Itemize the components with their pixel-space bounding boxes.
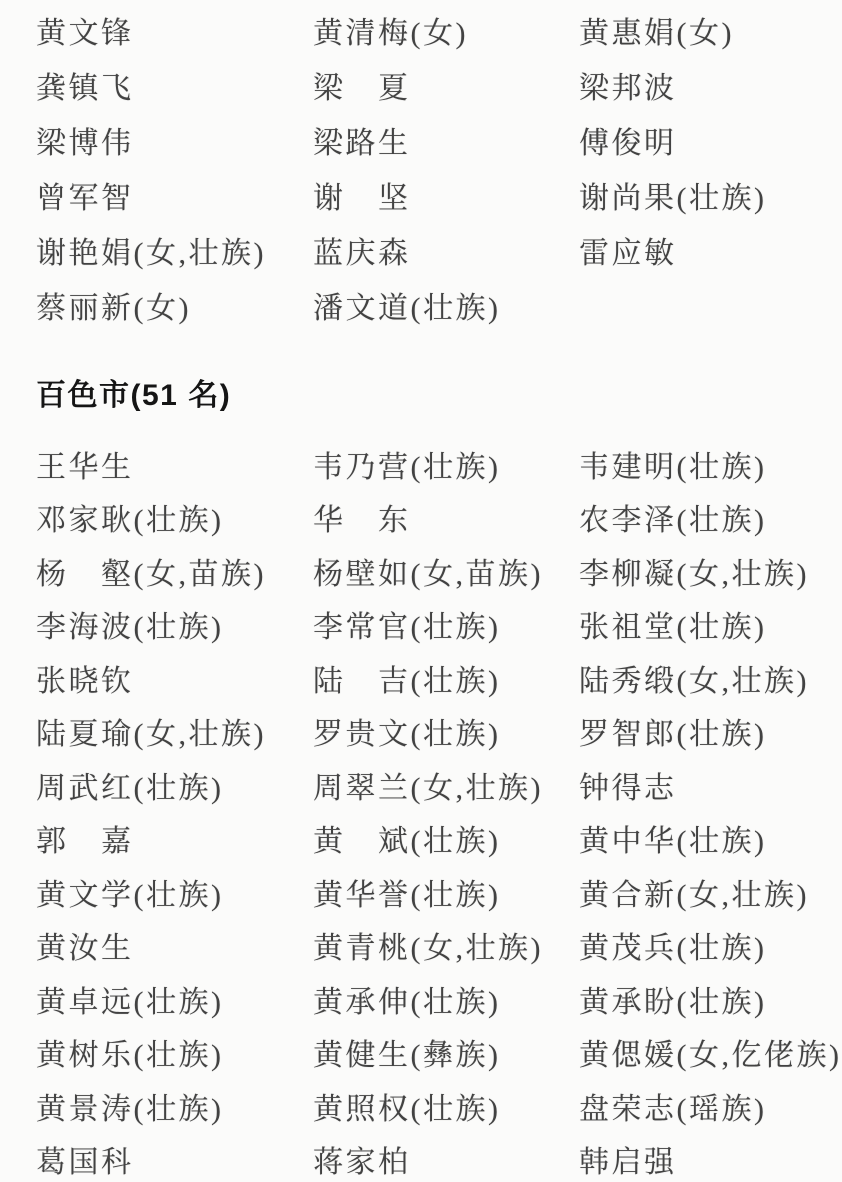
name-cell: 王华生: [36, 437, 313, 491]
name-cell: 郭 嘉: [36, 812, 313, 866]
name-cell: 李常官(壮族): [313, 598, 579, 652]
name-cell: 李海波(壮族): [36, 598, 313, 652]
name-cell: 黄茂兵(壮族): [579, 919, 841, 973]
name-cell: 葛国科: [36, 1133, 313, 1182]
name-cell: 华 东: [313, 491, 579, 545]
name-cell: 陆 吉(壮族): [313, 651, 579, 705]
name-cell: 杨 壑(女,苗族): [36, 544, 313, 598]
name-cell: 雷应敏: [579, 222, 836, 277]
name-cell: 谢尚果(壮族): [579, 167, 836, 222]
name-cell: 谢艳娟(女,壮族): [36, 222, 313, 277]
name-cell: 黄承伸(壮族): [313, 972, 579, 1026]
name-grid: 王华生韦乃营(壮族)韦建明(壮族)邓家耿(壮族)华 东农李泽(壮族)杨 壑(女,…: [36, 437, 836, 1182]
name-cell: 钟得志: [579, 758, 841, 812]
name-cell: 蒋家柏: [313, 1133, 579, 1182]
document-page: 黄文锋黄清梅(女)黄惠娟(女)龚镇飞梁 夏梁邦波梁博伟梁路生傅俊明曾军智谢 坚谢…: [0, 0, 842, 1182]
name-cell: 张祖堂(壮族): [579, 598, 841, 652]
name-cell: 黄树乐(壮族): [36, 1026, 313, 1080]
name-cell: 罗贵文(壮族): [313, 705, 579, 759]
name-cell: 周武红(壮族): [36, 758, 313, 812]
name-cell: 张晓钦: [36, 651, 313, 705]
name-cell: 黄文学(壮族): [36, 865, 313, 919]
name-cell: 黄照权(壮族): [313, 1079, 579, 1133]
name-cell: 梁邦波: [579, 57, 836, 112]
name-cell: 韩启强: [579, 1133, 841, 1182]
name-cell: 梁路生: [313, 112, 579, 167]
name-cell: 黄中华(壮族): [579, 812, 841, 866]
name-cell: 黄汝生: [36, 919, 313, 973]
name-cell: 黄青桃(女,壮族): [313, 919, 579, 973]
name-cell: 谢 坚: [313, 167, 579, 222]
name-cell: 盘荣志(瑶族): [579, 1079, 841, 1133]
name-cell: 傅俊明: [579, 112, 836, 167]
name-cell: 曾军智: [36, 167, 313, 222]
name-cell: 潘文道(壮族): [313, 277, 579, 332]
name-cell: 梁 夏: [313, 57, 579, 112]
name-cell: 黄卓远(壮族): [36, 972, 313, 1026]
name-cell: 黄承盼(壮族): [579, 972, 841, 1026]
name-cell: 陆夏瑜(女,壮族): [36, 705, 313, 759]
name-cell: 黄华誉(壮族): [313, 865, 579, 919]
name-cell: 罗智郎(壮族): [579, 705, 841, 759]
name-cell: 蓝庆森: [313, 222, 579, 277]
name-cell: 黄健生(彝族): [313, 1026, 579, 1080]
name-cell: 黄 斌(壮族): [313, 812, 579, 866]
name-cell: 杨壁如(女,苗族): [313, 544, 579, 598]
name-cell: 周翠兰(女,壮族): [313, 758, 579, 812]
name-grid: 黄文锋黄清梅(女)黄惠娟(女)龚镇飞梁 夏梁邦波梁博伟梁路生傅俊明曾军智谢 坚谢…: [36, 2, 836, 332]
name-cell: 黄文锋: [36, 2, 313, 57]
name-cell: 韦乃营(壮族): [313, 437, 579, 491]
name-cell: 黄惠娟(女): [579, 2, 836, 57]
name-cell: 黄清梅(女): [313, 2, 579, 57]
name-cell: 黄景涛(壮族): [36, 1079, 313, 1133]
city-section-header: 百色市(51 名): [36, 379, 836, 413]
name-cell: 邓家耿(壮族): [36, 491, 313, 545]
name-cell: 陆秀缎(女,壮族): [579, 651, 841, 705]
name-cell: 蔡丽新(女): [36, 277, 313, 332]
name-cell: 龚镇飞: [36, 57, 313, 112]
name-cell: 黄偲媛(女,仡佬族): [579, 1026, 841, 1080]
name-list: 黄文锋黄清梅(女)黄惠娟(女)龚镇飞梁 夏梁邦波梁博伟梁路生傅俊明曾军智谢 坚谢…: [36, 2, 836, 1182]
name-cell: 韦建明(壮族): [579, 437, 841, 491]
name-cell: 农李泽(壮族): [579, 491, 841, 545]
name-cell: 梁博伟: [36, 112, 313, 167]
name-cell: [579, 277, 836, 332]
name-cell: 黄合新(女,壮族): [579, 865, 841, 919]
name-cell: 李柳凝(女,壮族): [579, 544, 841, 598]
